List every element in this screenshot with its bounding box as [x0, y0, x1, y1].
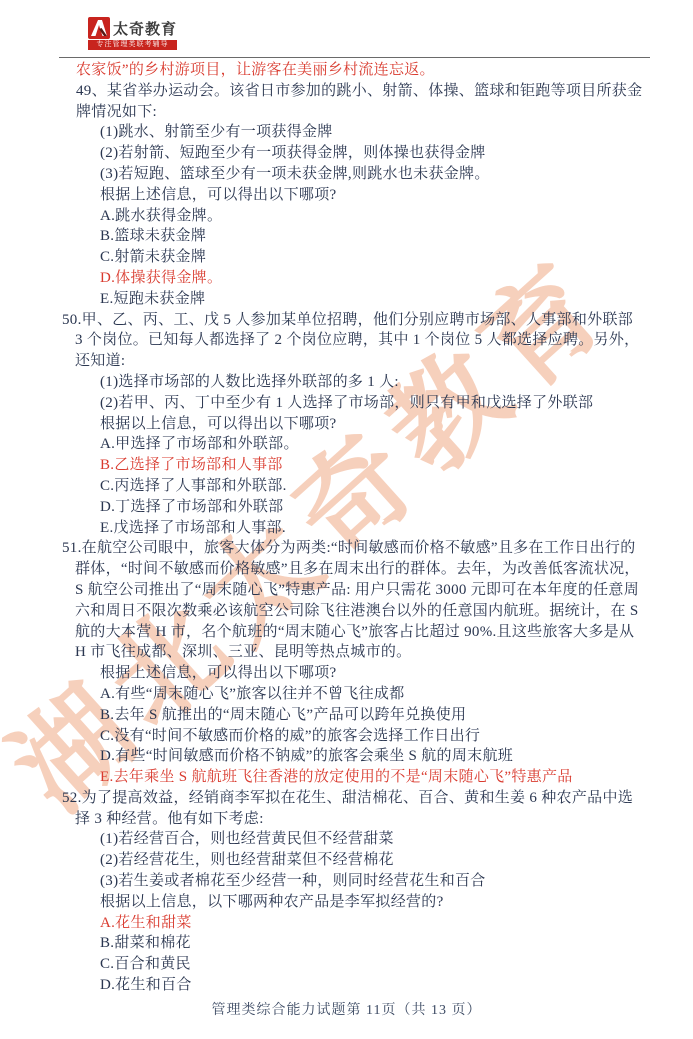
question-condition: (2)若甲、丙、丁中至少有 1 人选择了市场部，则只有甲和戊选择了外联部 — [62, 393, 643, 414]
question-50: 50.甲、乙、丙、工、戊 5 人参加某单位招聘，他们分别应聘市场部、人事部和外联… — [62, 310, 643, 539]
intro-line: 农家饭”的乡村游项目，让游客在美丽乡村流连忘返。 — [62, 60, 643, 81]
question-condition: (1)若经营百合，则也经营黄民但不经营甜菜 — [62, 829, 643, 850]
question-stem: 49、某省举办运动会。该省日市参加的跳小、射箭、体操、篮球和钜跑等项目所获金牌情… — [62, 81, 643, 123]
question-stem: 51.在航空公司眼中，旅客大体分为两类:“时间敏感而价格不敏感”且多在工作日出行… — [62, 538, 643, 663]
question-condition: (1)选择市场部的人数比选择外联部的多 1 人: — [62, 372, 643, 393]
question-prompt: 根据以上信息，可以得出以下哪项? — [62, 414, 643, 435]
answer-option: B.去年 S 航推出的“周末随心飞”产品可以跨年兑换使用 — [62, 705, 643, 726]
answer-option: E.去年乘坐 S 航航班飞往香港的放定使用的不是“周末随心飞”特惠产品 — [62, 767, 643, 788]
answer-option: A.有些“周末随心飞”旅客以往并不曾飞往成都 — [62, 684, 643, 705]
answer-option: A.甲选择了市场部和外联部。 — [62, 434, 643, 455]
answer-option: D.花生和百合 — [62, 975, 643, 996]
question-prompt: 根据以上信息，以下哪两种农产品是李军拟经营的? — [62, 892, 643, 913]
question-prompt: 根据上述信息，可以得出以下哪项? — [62, 185, 643, 206]
question-51: 51.在航空公司眼中，旅客大体分为两类:“时间敏感而价格不敏感”且多在工作日出行… — [62, 538, 643, 788]
taiqi-logo-icon — [88, 17, 110, 39]
answer-option: C.丙选择了人事部和外联部. — [62, 476, 643, 497]
answer-option: C.百合和黄民 — [62, 954, 643, 975]
exam-paper-page: 太奇教育 专注管理类联考辅导 湖北太奇教育 农家饭”的乡村游项目，让游客在美丽乡… — [0, 0, 693, 1039]
question-condition: (3)若短跑、篮球至少有一项未获金牌,则跳水也未获金牌。 — [62, 164, 643, 185]
page-header: 太奇教育 专注管理类联考辅导 — [0, 0, 693, 49]
answer-option: D.有些“时间敏感而价格不钠威”的旅客会乘坐 S 航的周末航班 — [62, 746, 643, 767]
question-condition: (2)若经营花生，则也经营甜菜但不经营棉花 — [62, 850, 643, 871]
question-condition: (3)若生姜或者棉花至少经营一种，则同时经营花生和百合 — [62, 871, 643, 892]
question-condition: (2)若射箭、短跑至少有一项获得金牌，则体操也获得金牌 — [62, 143, 643, 164]
answer-option: C.射箭未获金牌 — [62, 247, 643, 268]
answer-option: C.没有“时间不敏感而价格的威”的旅客会选择工作日出行 — [62, 726, 643, 747]
answer-option: B.甜菜和棉花 — [62, 933, 643, 954]
question-49: 49、某省举办运动会。该省日市参加的跳小、射箭、体操、篮球和钜跑等项目所获金牌情… — [62, 81, 643, 310]
question-prompt: 根据上述信息，可以得出以下哪项? — [62, 663, 643, 684]
answer-option: D.丁选择了市场部和外联部 — [62, 497, 643, 518]
answer-option: A.花生和甜菜 — [62, 913, 643, 934]
answer-option: D.体操获得金牌。 — [62, 268, 643, 289]
question-stem: 50.甲、乙、丙、工、戊 5 人参加某单位招聘，他们分别应聘市场部、人事部和外联… — [62, 310, 643, 372]
exam-content: 农家饭”的乡村游项目，让游客在美丽乡村流连忘返。 49、某省举办运动会。该省日市… — [0, 49, 693, 996]
question-stem: 52.为了提高效益，经销商李军拟在花生、甜洁棉花、百合、黄和生姜 6 种农产品中… — [62, 788, 643, 830]
answer-option: E.短跑未获金牌 — [62, 289, 643, 310]
answer-option: B.乙选择了市场部和人事部 — [62, 455, 643, 476]
answer-option: B.篮球未获金牌 — [62, 226, 643, 247]
question-condition: (1)跳水、射箭至少有一项获得金牌 — [62, 122, 643, 143]
question-52: 52.为了提高效益，经销商李军拟在花生、甜洁棉花、百合、黄和生姜 6 种农产品中… — [62, 788, 643, 996]
answer-option: E.戊选择了市场部和人事部. — [62, 518, 643, 539]
brand-name: 太奇教育 — [113, 18, 177, 39]
page-footer: 管理类综合能力试题第 11页（共 13 页） — [0, 999, 693, 1019]
brand-logo: 太奇教育 专注管理类联考辅导 — [88, 17, 177, 50]
answer-option: A.跳水获得金牌。 — [62, 206, 643, 227]
